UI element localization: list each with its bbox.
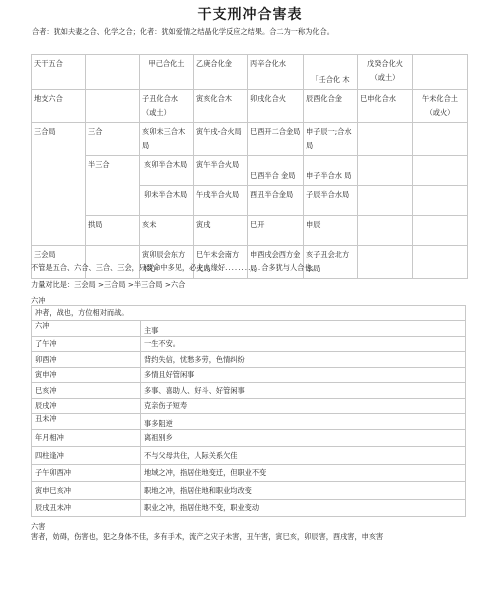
row-sub <box>86 90 140 123</box>
cell <box>358 123 413 156</box>
cell: 午戌半合火局 <box>194 186 248 216</box>
cell: 丑未冲 <box>32 414 141 430</box>
table-row: 丑未冲 事多阻逆 <box>32 414 466 430</box>
cell: 多事、喜助人、好斗、好管闲事 <box>141 383 466 399</box>
cell: 职地之冲，指居住地和职业均改变 <box>141 482 466 500</box>
chong-desc: 冲者，战也，方位相对而战。 <box>32 306 466 321</box>
cell: 亥未 <box>140 216 194 246</box>
cell <box>413 55 468 90</box>
row-sub: 三合 <box>86 123 140 156</box>
cell: 巳午未会南方火局 <box>194 246 248 279</box>
row-sub: 半三合 <box>86 156 140 216</box>
cell: 地域之冲，指居住地变迁，但职业不变 <box>141 465 466 482</box>
cell: 乙庚合化金 <box>194 55 248 90</box>
harm-heading: 六害 <box>31 522 45 532</box>
note-dots: ........... <box>225 263 261 272</box>
chong-header-row: 六冲 主事 <box>32 321 466 337</box>
cell: 巳酉开二合金局 <box>248 123 304 156</box>
cell: 申子半合水 局 <box>304 156 358 186</box>
cell: 寅午半合火局 <box>194 156 248 186</box>
he-table: 天干五合 甲己合化土 乙庚合化金 丙辛合化水 「壬合化 木 戊癸合化火（或土） … <box>31 54 468 279</box>
row-sub <box>86 246 140 279</box>
cell: 不与父母共住，人际关系欠佳 <box>141 447 466 465</box>
table-row: 拱局 亥未 寅戌 巳开 申辰 <box>32 216 468 246</box>
cell <box>358 216 413 246</box>
cell <box>413 123 468 156</box>
cell: 卯酉冲 <box>32 352 141 368</box>
row-label: 三会局 <box>32 246 86 279</box>
table-row: 年月相冲 离祖别乡 <box>32 430 466 447</box>
cell: 戊癸合化火（或土） <box>358 55 413 90</box>
cell: 辰戌丑未冲 <box>32 500 141 517</box>
cell: 巳酉半合 金局 <box>248 156 304 186</box>
note-text-a: 不管是五合、六合、三合、三会，只要命中多见，必主人缘好 <box>31 263 225 272</box>
cell: 离祖别乡 <box>141 430 466 447</box>
cell <box>413 216 468 246</box>
cell: 辰酉化合金 <box>304 90 358 123</box>
cell <box>358 156 413 186</box>
cell <box>358 246 413 279</box>
cell <box>358 186 413 216</box>
cell: 亥卯半合木局 <box>140 156 194 186</box>
cell: 巳申化合水 <box>358 90 413 123</box>
cell: 午未化合土（或火） <box>413 90 468 123</box>
table-row: 了午冲 一生不安。 <box>32 337 466 352</box>
cell: 了午冲 <box>32 337 141 352</box>
table-row: 子午卯酉冲 地域之冲，指居住地变迁，但职业不变 <box>32 465 466 482</box>
chong-desc-row: 冲者，战也，方位相对而战。 <box>32 306 466 321</box>
cell: 子丑化合水（或土） <box>140 90 194 123</box>
table-row: 地支六合 子丑化合水（或土） 寅亥化合木 卯戌化合火 辰酉化合金 巳申化合水 午… <box>32 90 468 123</box>
cell: 子辰半合水局 <box>304 186 358 216</box>
harm-text: 害者，妨碍，伤害也，犯之身体不佳，多有手术，流产之灾子未害，丑午害，寅巳亥，卯辰… <box>31 532 383 542</box>
table-row: 寅申冲 多情且好管闲事 <box>32 368 466 383</box>
intro-text: 合者：犹如夫妻之合、化学之合；化者：犹如爱情之结晶化学反应之结果。合二为一称为化… <box>32 27 334 37</box>
cell: 四柱逢冲 <box>32 447 141 465</box>
cell: 亥子丑会北方水局 <box>304 246 358 279</box>
cell: 「壬合化 木 <box>304 55 358 90</box>
cell: 背约失信，忧愁多劳，色情纠纷 <box>141 352 466 368</box>
cell: 寅戌 <box>194 216 248 246</box>
cell: 申子辰一;合水局 <box>304 123 358 156</box>
cell: 卯戌化合火 <box>248 90 304 123</box>
cell: 寅卯辰会东方木心 <box>140 246 194 279</box>
cell: 克亲伤子短寿 <box>141 399 466 414</box>
cell: 年月相冲 <box>32 430 141 447</box>
cell: 寅申巳亥冲 <box>32 482 141 500</box>
note-text-b: 合多犹与人合也。 <box>261 263 319 272</box>
cell: 寅午戌-合火局 <box>194 123 248 156</box>
row-label: 地支六合 <box>32 90 86 123</box>
table-row: 卯酉冲 背约失信，忧愁多劳，色情纠纷 <box>32 352 466 368</box>
cell: 寅申冲 <box>32 368 141 383</box>
table-row: 寅申巳亥冲 职地之冲，指居住地和职业均改变 <box>32 482 466 500</box>
chong-table: 冲者，战也，方位相对而战。 六冲 主事 了午冲 一生不安。 卯酉冲 背约失信，忧… <box>31 305 466 517</box>
cell <box>413 186 468 216</box>
cell: 事多阻逆 <box>141 414 466 430</box>
row-sub <box>86 55 140 90</box>
header-cell: 主事 <box>141 321 466 337</box>
table-row: 辰戌冲 克亲伤子短寿 <box>32 399 466 414</box>
cell: 职业之冲，指居住地不变，职业变动 <box>141 500 466 517</box>
table-row: 三会局 寅卯辰会东方木心 巳午未会南方火局 申酉戌会西方金局 亥子丑会北方水局 <box>32 246 468 279</box>
cell: 亥卯未三合木局 <box>140 123 194 156</box>
table-row: 天干五合 甲己合化土 乙庚合化金 丙辛合化水 「壬合化 木 戊癸合化火（或土） <box>32 55 468 90</box>
table-row: 四柱逢冲 不与父母共住，人际关系欠佳 <box>32 447 466 465</box>
cell: 子午卯酉冲 <box>32 465 141 482</box>
cell: 巳开 <box>248 216 304 246</box>
header-cell: 六冲 <box>32 321 141 337</box>
cell: 酉丑半合金局 <box>248 186 304 216</box>
table-row: 三合局 三合 亥卯未三合木局 寅午戌-合火局 巳酉开二合金局 申子辰一;合水局 <box>32 123 468 156</box>
cell: 多情且好管闲事 <box>141 368 466 383</box>
page-title: 干支刑冲合害表 <box>0 4 500 24</box>
table-row: 半三合 亥卯半合木局 寅午半合火局 巳酉半合 金局 申子半合水 局 <box>32 156 468 186</box>
note-strength: 力量对比是：三会局 >三合局 >半三合局 >六合 <box>31 280 185 290</box>
row-sub: 拱局 <box>86 216 140 246</box>
table-row: 辰戌丑未冲 职业之冲，指居住地不变，职业变动 <box>32 500 466 517</box>
cell: 甲己合化土 <box>140 55 194 90</box>
cell <box>413 246 468 279</box>
cell: 申酉戌会西方金局 <box>248 246 304 279</box>
note-popularity: 不管是五合、六合、三合、三会，只要命中多见，必主人缘好...........合多… <box>31 263 319 273</box>
row-label: 三合局 <box>32 123 86 246</box>
cell: 寅亥化合木 <box>194 90 248 123</box>
cell: 一生不安。 <box>141 337 466 352</box>
cell: 丙辛合化水 <box>248 55 304 90</box>
cell: 卯未半合木局 <box>140 186 194 216</box>
cell: 申辰 <box>304 216 358 246</box>
cell: 辰戌冲 <box>32 399 141 414</box>
table-row: 巳亥冲 多事、喜助人、好斗、好管闲事 <box>32 383 466 399</box>
row-label: 天干五合 <box>32 55 86 90</box>
cell: 巳亥冲 <box>32 383 141 399</box>
cell <box>413 156 468 186</box>
